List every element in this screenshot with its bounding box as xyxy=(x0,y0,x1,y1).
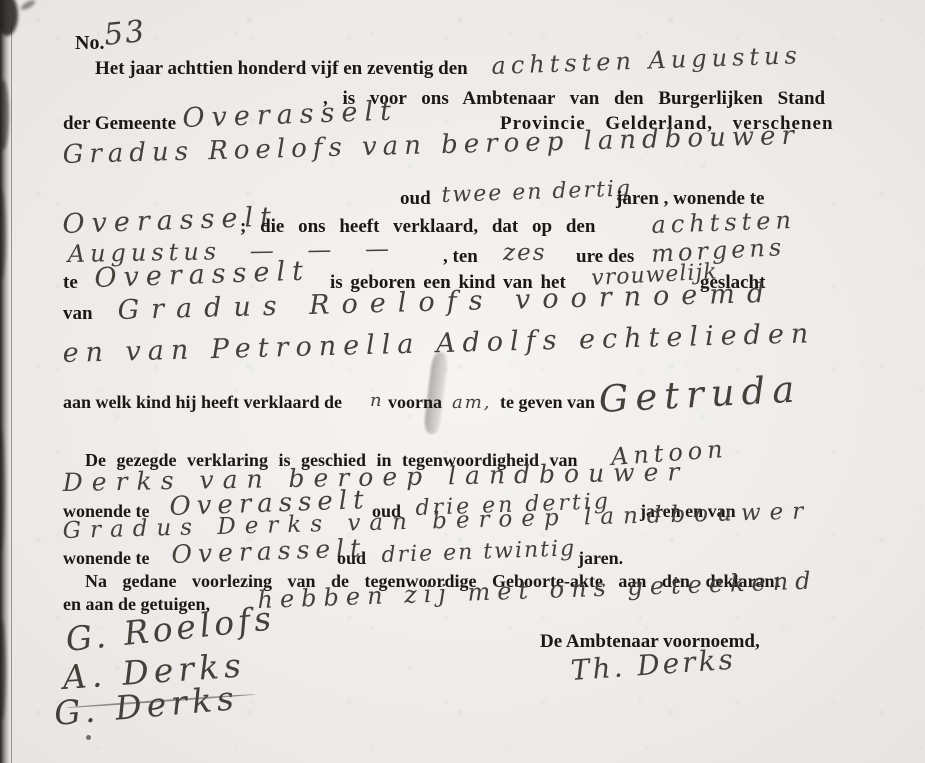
scan-corner-blot xyxy=(0,0,18,36)
birth-hour-entry: zes xyxy=(503,240,547,266)
declaration-line-printed: ; die ons heeft verklaard, dat op den xyxy=(240,216,595,238)
child-name-entry: Getruda xyxy=(598,367,803,421)
age-label: oud xyxy=(400,188,431,210)
hour-label-comma: , ten xyxy=(443,246,478,268)
declarant-age-entry: twee en dertig xyxy=(441,176,632,208)
witness2-age-label: oud xyxy=(337,548,366,569)
child-name-line-printed-1: aan welk kind hij heeft verklaard de xyxy=(63,392,342,413)
father-of-label: van xyxy=(63,303,93,325)
certificate-number-value: 53 xyxy=(102,14,148,53)
birthplace-entry: Overasselt xyxy=(94,255,310,294)
witness2-age-entry: drie en twintig xyxy=(381,536,576,568)
birth-certificate-scan: No. 53 Het jaar achttien honderd vijf en… xyxy=(0,0,925,763)
child-name-line-printed-3: te geven van xyxy=(500,392,595,413)
witness2-residence-label: wonende te xyxy=(63,548,150,569)
residence-label: jaren , wonende te xyxy=(616,188,764,210)
year-line-printed: Het jaar achttien honderd vijf en zevent… xyxy=(95,58,468,80)
scan-speck xyxy=(20,0,37,12)
scan-fold-line xyxy=(11,26,12,763)
municipality-label: der Gemeente xyxy=(63,113,176,135)
date-entry-handwritten: achtsten Augustus xyxy=(491,41,802,80)
municipality-name-entry: Overasselt xyxy=(182,95,398,134)
child-name-line-printed-2: voorna xyxy=(388,392,442,413)
witness2-age-suffix: jaren. xyxy=(578,548,623,569)
inserted-letters-am: am, xyxy=(452,392,492,413)
inserted-letter-n: n xyxy=(370,390,382,411)
scan-speck xyxy=(86,735,91,740)
registrar-line-printed: , is voor ons Ambtenaar van den Burgerli… xyxy=(323,88,825,110)
certificate-number-label: No. xyxy=(75,32,104,55)
birthplace-label: te xyxy=(63,272,78,294)
